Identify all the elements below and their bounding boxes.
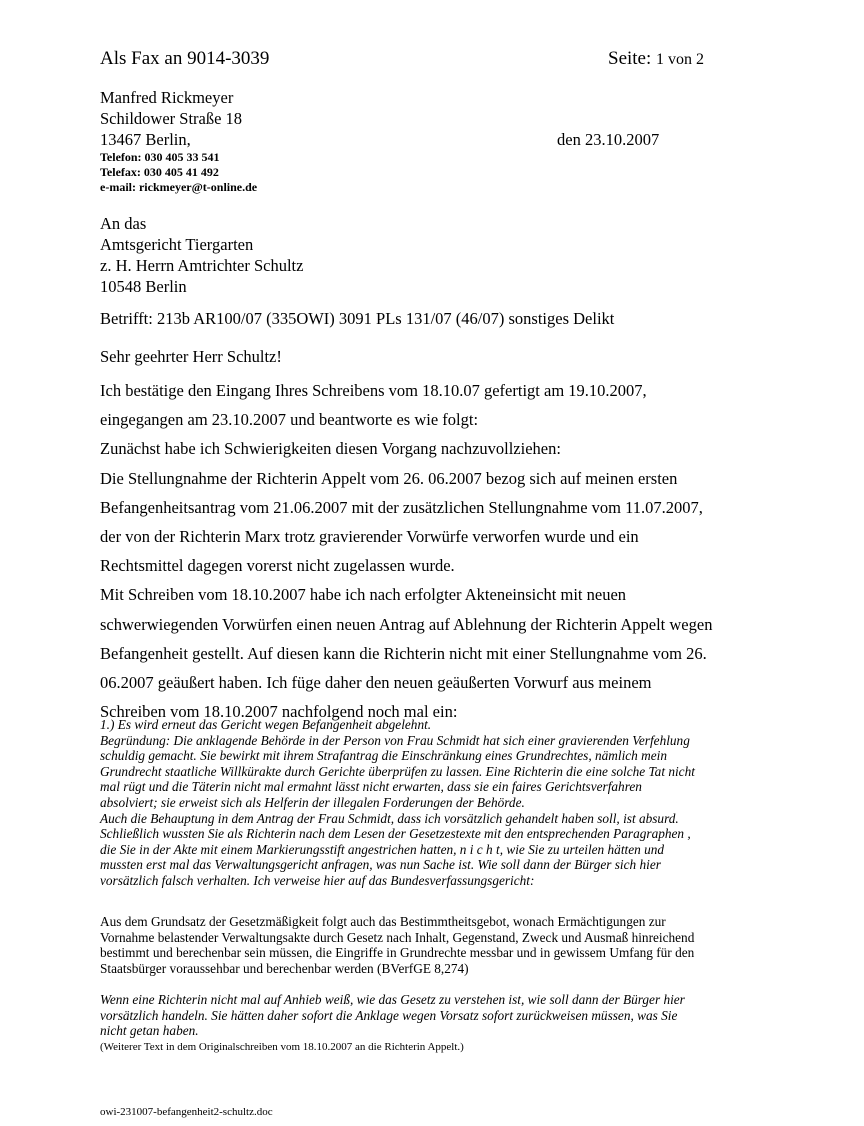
- sender-city: 13467 Berlin,: [100, 129, 257, 150]
- quote-italic-line: schuldig gemacht. Sie bewirkt mit ihrem …: [100, 748, 760, 764]
- body-line: eingegangen am 23.10.2007 und beantworte…: [100, 405, 760, 434]
- quote-italic-line: vorsätzlich falsch verhalten. Ich verwei…: [100, 873, 760, 889]
- fax-header: Als Fax an 9014-3039: [100, 48, 269, 70]
- quote-italic-line: Begründung: Die anklagende Behörde in de…: [100, 733, 760, 749]
- subject-line: Betrifft: 213b AR100/07 (335OWI) 3091 PL…: [100, 309, 614, 329]
- page-value: 1 von 2: [656, 51, 704, 68]
- quote-italic-line: mal rügt und die Täterin nicht mal ermah…: [100, 779, 760, 795]
- quote-italic-line: Grundrecht staatliche Willkürakte durch …: [100, 764, 760, 780]
- body-line: Befangenheit gestellt. Auf diesen kann d…: [100, 639, 760, 668]
- letter-body: Ich bestätige den Eingang Ihres Schreibe…: [100, 376, 760, 726]
- sender-name: Manfred Rickmeyer: [100, 87, 257, 108]
- quote-italic-line: mussten erst mal das Verwaltungsgericht …: [100, 857, 760, 873]
- quote-italic-line: absolviert; sie erweist sich als Helferi…: [100, 795, 760, 811]
- quote-italic-line: Auch die Behauptung in dem Antrag der Fr…: [100, 811, 760, 827]
- quote-italic-line: die Sie in der Akte mit einem Markierung…: [100, 842, 760, 858]
- sender-fax: Telefax: 030 405 41 492: [100, 165, 257, 180]
- sender-street: Schildower Straße 18: [100, 108, 257, 129]
- quote-italic-line: nicht getan haben.: [100, 1023, 760, 1039]
- page-indicator: Seite: 1 von 2: [608, 48, 704, 70]
- footer-filename: owi-231007-befangenheit2-schultz.doc: [100, 1106, 273, 1118]
- quote-normal-line: Vornahme belastender Verwaltungsakte dur…: [100, 930, 760, 946]
- recipient-line-1: An das: [100, 213, 303, 234]
- body-line: Befangenheitsantrag vom 21.06.2007 mit d…: [100, 493, 760, 522]
- body-line: Rechtsmittel dagegen vorerst nicht zugel…: [100, 551, 760, 580]
- quote-normal: Aus dem Grundsatz der Gesetzmäßigkeit fo…: [100, 914, 760, 976]
- quote-normal-line: Aus dem Grundsatz der Gesetzmäßigkeit fo…: [100, 914, 760, 930]
- quote-italic-1: 1.) Es wird erneut das Gericht wegen Bef…: [100, 717, 760, 889]
- quote-italic-line: Wenn eine Richterin nicht mal auf Anhieb…: [100, 992, 760, 1008]
- sender-email: e-mail: rickmeyer@t-online.de: [100, 180, 257, 195]
- quote-italic-2: Wenn eine Richterin nicht mal auf Anhieb…: [100, 992, 760, 1039]
- note-line: (Weiterer Text in dem Originalschreiben …: [100, 1041, 464, 1053]
- body-line: schwerwiegenden Vorwürfen einen neuen An…: [100, 610, 760, 639]
- recipient-line-3: z. H. Herrn Amtrichter Schultz: [100, 255, 303, 276]
- quote-normal-line: bestimmt und berechenbar sein müssen, di…: [100, 945, 760, 961]
- quote-italic-line: Schließlich wussten Sie als Richterin na…: [100, 826, 760, 842]
- body-line: Die Stellungnahme der Richterin Appelt v…: [100, 464, 760, 493]
- body-line: 06.2007 geäußert haben. Ich füge daher d…: [100, 668, 760, 697]
- body-line: Mit Schreiben vom 18.10.2007 habe ich na…: [100, 580, 760, 609]
- quote-normal-line: Staatsbürger voraussehbar und berechenba…: [100, 961, 760, 977]
- quote-italic-line: 1.) Es wird erneut das Gericht wegen Bef…: [100, 717, 760, 733]
- recipient-block: An das Amtsgericht Tiergarten z. H. Herr…: [100, 213, 303, 297]
- sender-block: Manfred Rickmeyer Schildower Straße 18 1…: [100, 87, 257, 195]
- body-line: der von der Richterin Marx trotz gravier…: [100, 522, 760, 551]
- sender-phone: Telefon: 030 405 33 541: [100, 150, 257, 165]
- body-line: Ich bestätige den Eingang Ihres Schreibe…: [100, 376, 760, 405]
- recipient-line-4: 10548 Berlin: [100, 276, 303, 297]
- letter-date: den 23.10.2007: [557, 129, 659, 150]
- body-line: Zunächst habe ich Schwierigkeiten diesen…: [100, 434, 760, 463]
- quote-italic-line: vorsätzlich handeln. Sie hätten daher so…: [100, 1008, 760, 1024]
- salutation: Sehr geehrter Herr Schultz!: [100, 347, 282, 367]
- page-label: Seite:: [608, 48, 651, 69]
- recipient-line-2: Amtsgericht Tiergarten: [100, 234, 303, 255]
